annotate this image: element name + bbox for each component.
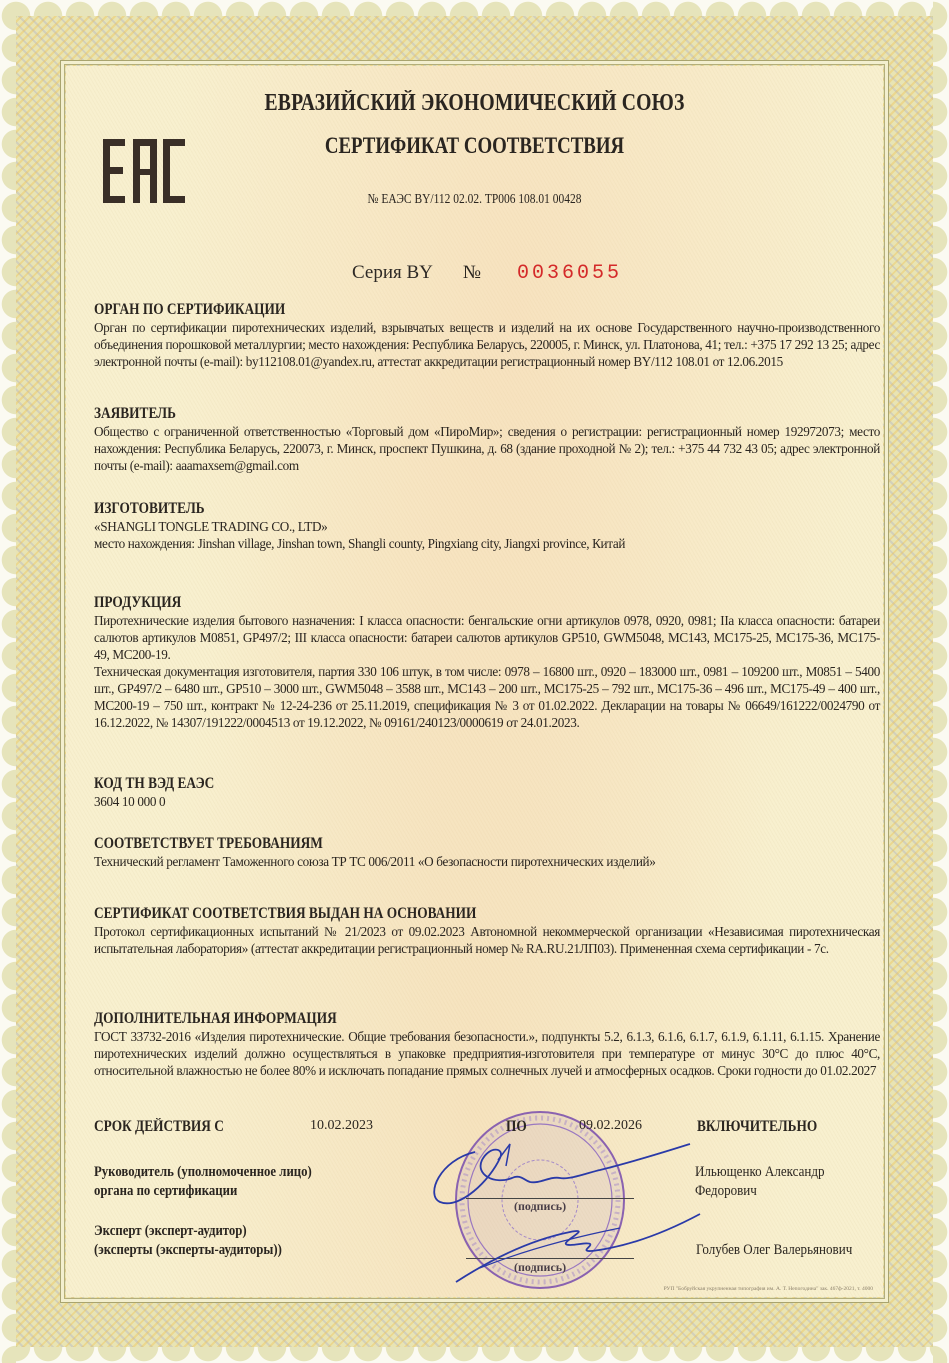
head-name-line2: Федорович <box>695 1182 757 1201</box>
section-text: Орган по сертификации пиротехнических из… <box>94 319 880 370</box>
inclusive-label: ВКЛЮЧИТЕЛЬНО <box>697 1118 817 1136</box>
section-manufacturer: ИЗГОТОВИТЕЛЬ «SHANGLI TONGLE TRADING CO.… <box>94 500 880 552</box>
scallop-edge-bottom <box>0 1347 949 1363</box>
valid-from-date: 10.02.2023 <box>310 1118 373 1134</box>
expert-role-line1: Эксперт (эксперт-аудитор) <box>94 1222 247 1241</box>
certificate-title: СЕРТИФИКАТ СООТВЕТСТВИЯ <box>85 133 863 159</box>
section-text: Протокол сертификационных испытаний № 21… <box>94 923 880 957</box>
scallop-edge-top <box>0 0 949 16</box>
section-hs-code: КОД ТН ВЭД ЕАЭС 3604 10 000 0 <box>94 775 880 810</box>
valid-from-label: СРОК ДЕЙСТВИЯ С <box>94 1118 224 1136</box>
series-label: Серия BY <box>352 262 433 284</box>
head-signature-caption: (подпись) <box>514 1199 566 1214</box>
printer-note: РУП "Бобруйская укрупненная типография и… <box>664 1286 873 1292</box>
section-heading: КОД ТН ВЭД ЕАЭС <box>94 775 770 793</box>
section-heading: СООТВЕТСТВУЕТ ТРЕБОВАНИЯМ <box>94 835 770 853</box>
section-product: ПРОДУКЦИЯ Пиротехнические изделия бытово… <box>94 594 880 731</box>
expert-signature-caption: (подпись) <box>514 1260 566 1275</box>
head-name-line1: Ильющенко Александр <box>695 1163 825 1182</box>
section-text: ГОСТ 33732-2016 «Изделия пиротехнические… <box>94 1028 880 1079</box>
scallop-edge-left <box>0 0 16 1363</box>
series-line: Серия BY № 0036055 <box>352 262 622 285</box>
section-text: Общество с ограниченной ответственностью… <box>94 423 880 474</box>
validity-period: СРОК ДЕЙСТВИЯ С 10.02.2023 ПО 09.02.2026… <box>94 1118 884 1138</box>
section-heading: ДОПОЛНИТЕЛЬНАЯ ИНФОРМАЦИЯ <box>94 1010 770 1028</box>
valid-to-label: ПО <box>506 1118 527 1136</box>
section-heading: СЕРТИФИКАТ СООТВЕТСТВИЯ ВЫДАН НА ОСНОВАН… <box>94 905 770 923</box>
section-certification-body: ОРГАН ПО СЕРТИФИКАЦИИ Орган по сертифика… <box>94 301 880 370</box>
manufacturer-address: место нахождения: Jinshan village, Jinsh… <box>94 535 880 552</box>
registration-number: № ЕАЭС BY/112 02.02. ТР006 108.01 00428 <box>85 192 863 208</box>
product-description: Пиротехнические изделия бытового назначе… <box>94 612 880 663</box>
blank-number: 0036055 <box>517 262 622 285</box>
manufacturer-name: «SHANGLI TONGLE TRADING CO., LTD» <box>94 518 880 535</box>
certificate-sheet: ЕВРАЗИЙСКИЙ ЭКОНОМИЧЕСКИЙ СОЮЗ СЕРТИФИКА… <box>0 0 949 1363</box>
expert-signature-line <box>466 1258 634 1259</box>
section-applicant: ЗАЯВИТЕЛЬ Общество с ограниченной ответс… <box>94 405 880 474</box>
hs-code-value: 3604 10 000 0 <box>94 793 880 810</box>
section-heading: ИЗГОТОВИТЕЛЬ <box>94 500 770 518</box>
union-heading: ЕВРАЗИЙСКИЙ ЭКОНОМИЧЕСКИЙ СОЮЗ <box>85 90 863 117</box>
expert-role-line2: (эксперты (эксперты-аудиторы)) <box>94 1241 282 1260</box>
valid-to-date: 09.02.2026 <box>579 1118 642 1134</box>
section-requirements: СООТВЕТСТВУЕТ ТРЕБОВАНИЯМ Технический ре… <box>94 835 880 870</box>
number-sign: № <box>463 262 481 284</box>
section-heading: ПРОДУКЦИЯ <box>94 594 770 612</box>
head-role-line1: Руководитель (уполномоченное лицо) <box>94 1163 312 1182</box>
head-role-line2: органа по сертификации <box>94 1182 237 1201</box>
expert-name: Голубев Олег Валерьянович <box>696 1241 852 1260</box>
section-additional-info: ДОПОЛНИТЕЛЬНАЯ ИНФОРМАЦИЯ ГОСТ 33732-201… <box>94 1010 880 1079</box>
section-heading: ОРГАН ПО СЕРТИФИКАЦИИ <box>94 301 770 319</box>
section-basis: СЕРТИФИКАТ СООТВЕТСТВИЯ ВЫДАН НА ОСНОВАН… <box>94 905 880 957</box>
scallop-edge-right <box>933 0 949 1363</box>
section-heading: ЗАЯВИТЕЛЬ <box>94 405 770 423</box>
product-batch-details: Техническая документация изготовителя, п… <box>94 663 880 731</box>
section-text: Технический регламент Таможенного союза … <box>94 853 880 870</box>
